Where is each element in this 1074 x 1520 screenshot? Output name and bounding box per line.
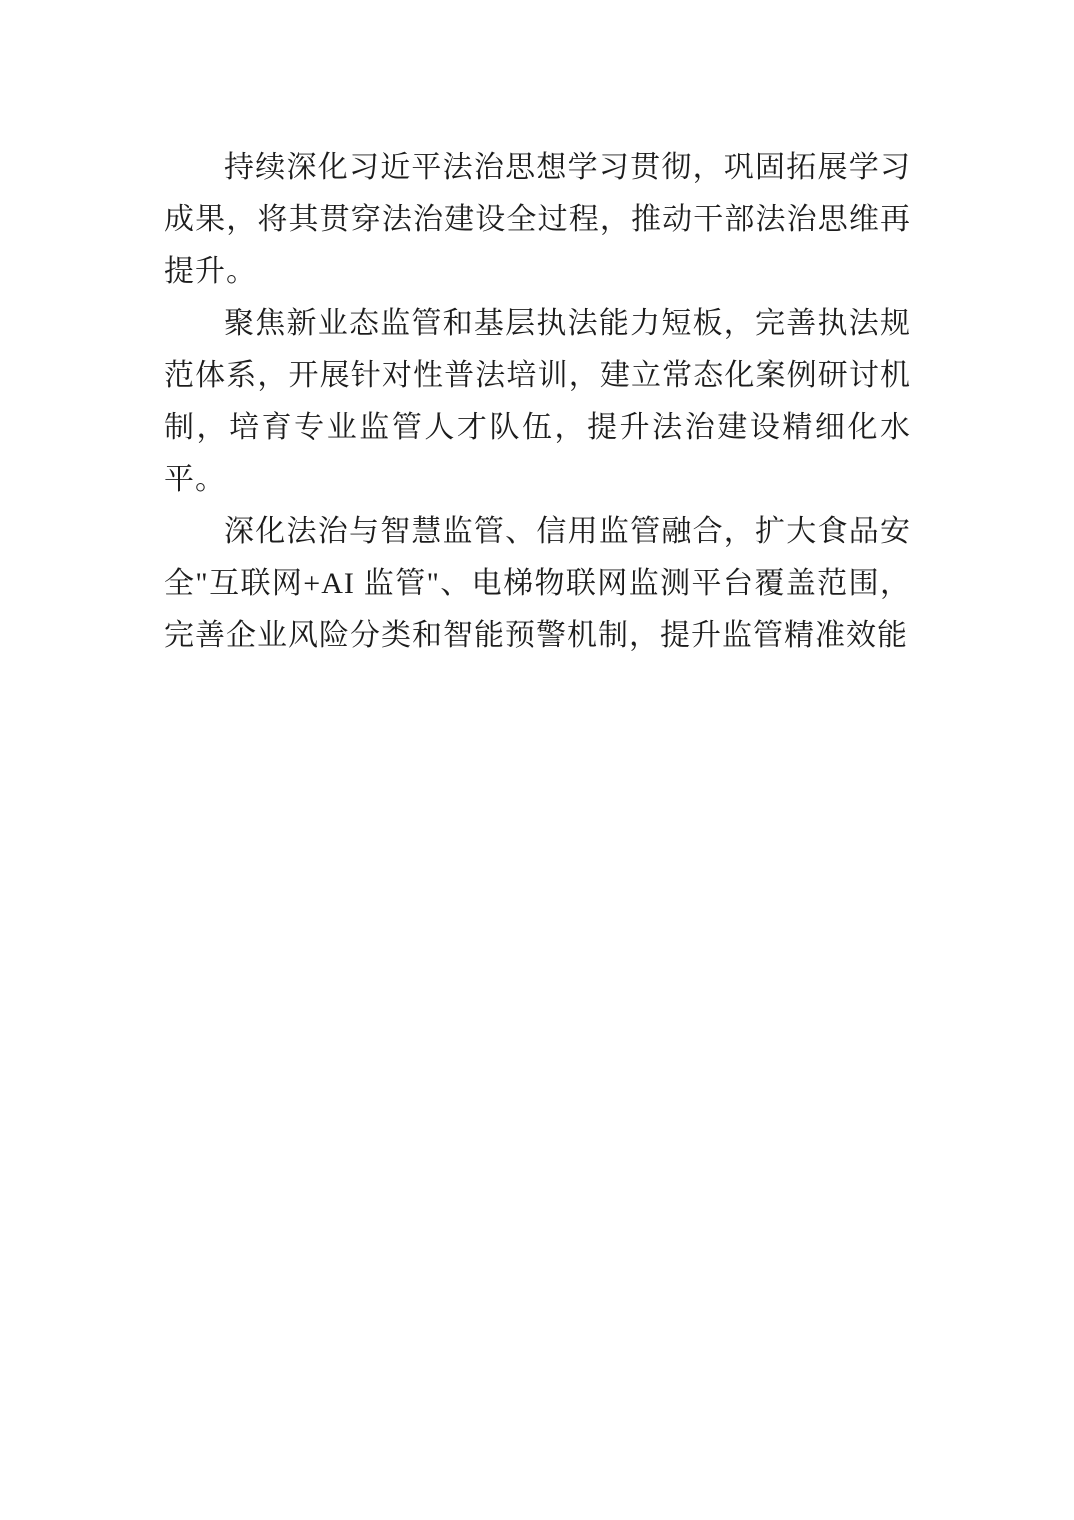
document-page: 持续深化习近平法治思想学习贯彻，巩固拓展学习成果，将其贯穿法治建设全过程，推动干… (0, 0, 1074, 1520)
paragraph-2: 聚焦新业态监管和基层执法能力短板，完善执法规范体系，开展针对性普法培训，建立常态… (164, 298, 911, 506)
document-body: 持续深化习近平法治思想学习贯彻，巩固拓展学习成果，将其贯穿法治建设全过程，推动干… (0, 0, 1074, 662)
paragraph-1: 持续深化习近平法治思想学习贯彻，巩固拓展学习成果，将其贯穿法治建设全过程，推动干… (164, 142, 911, 298)
paragraph-3: 深化法治与智慧监管、信用监管融合，扩大食品安全"互联网+AI 监管"、电梯物联网… (164, 506, 911, 662)
